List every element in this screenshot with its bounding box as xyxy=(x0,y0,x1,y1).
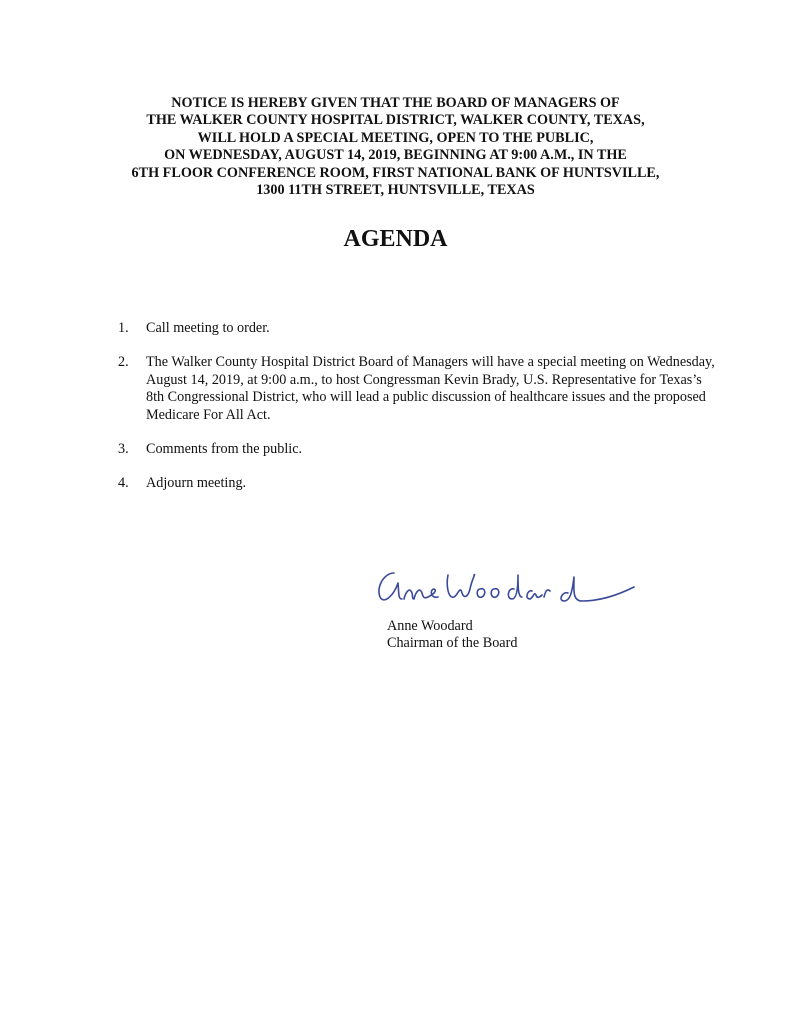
agenda-item: 1. Call meeting to order. xyxy=(118,320,718,337)
item-number: 4. xyxy=(118,475,146,492)
notice-line: 6TH FLOOR CONFERENCE ROOM, FIRST NATIONA… xyxy=(0,165,791,182)
item-number: 2. xyxy=(118,354,146,424)
agenda-item: 2. The Walker County Hospital District B… xyxy=(118,354,718,424)
item-number: 3. xyxy=(118,441,146,458)
signer-name: Anne Woodard xyxy=(387,618,517,635)
notice-line: NOTICE IS HEREBY GIVEN THAT THE BOARD OF… xyxy=(0,95,791,112)
signature-block: Anne Woodard Chairman of the Board xyxy=(387,618,517,653)
agenda-item: 4. Adjourn meeting. xyxy=(118,475,718,492)
item-text: Adjourn meeting. xyxy=(146,475,718,492)
notice-header: NOTICE IS HEREBY GIVEN THAT THE BOARD OF… xyxy=(0,95,791,199)
signer-role: Chairman of the Board xyxy=(387,635,517,652)
notice-line: 1300 11TH STREET, HUNTSVILLE, TEXAS xyxy=(0,182,791,199)
page-title: AGENDA xyxy=(0,226,791,253)
item-text: The Walker County Hospital District Boar… xyxy=(146,354,718,424)
item-text: Call meeting to order. xyxy=(146,320,718,337)
signature-image xyxy=(372,555,652,620)
agenda-item: 3. Comments from the public. xyxy=(118,441,718,458)
notice-line: WILL HOLD A SPECIAL MEETING, OPEN TO THE… xyxy=(0,130,791,147)
item-text: Comments from the public. xyxy=(146,441,718,458)
notice-line: THE WALKER COUNTY HOSPITAL DISTRICT, WAL… xyxy=(0,112,791,129)
item-number: 1. xyxy=(118,320,146,337)
notice-line: ON WEDNESDAY, AUGUST 14, 2019, BEGINNING… xyxy=(0,147,791,164)
agenda-list: 1. Call meeting to order. 2. The Walker … xyxy=(118,320,718,510)
